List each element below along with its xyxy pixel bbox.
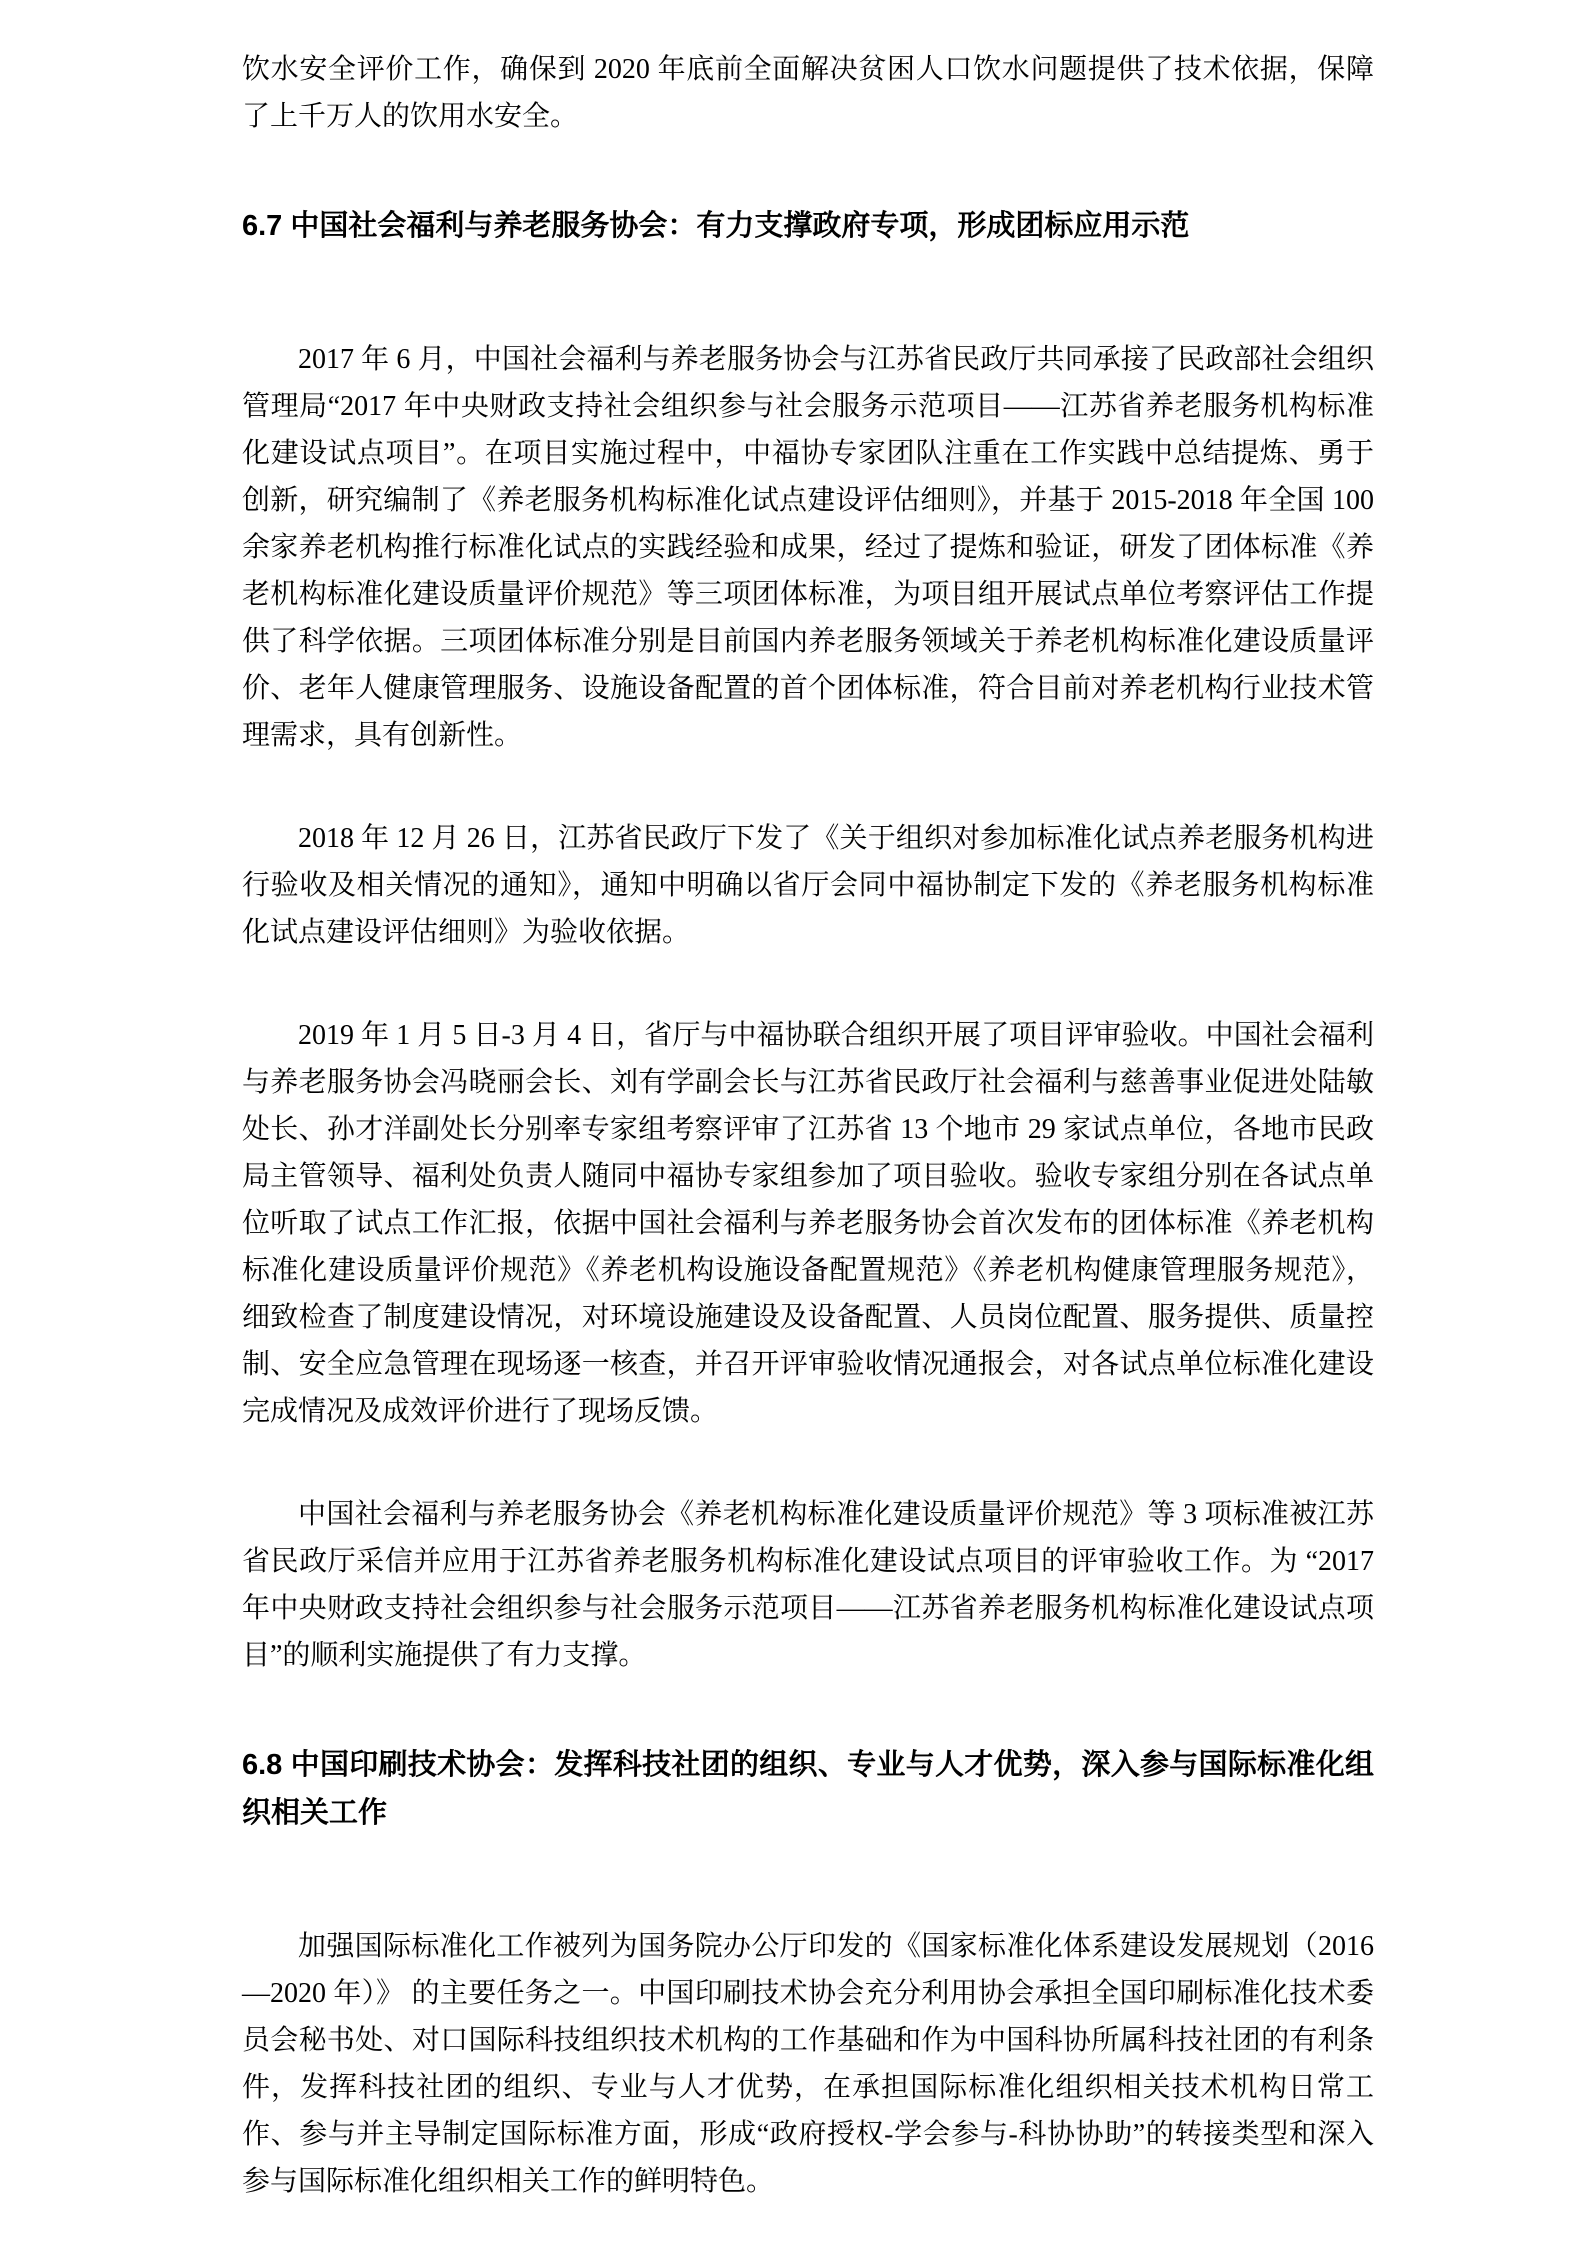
section-6-7-heading: 6.7 中国社会福利与养老服务协会：有力支撑政府专项，形成团标应用示范 (242, 202, 1374, 250)
section-6-7-paragraph-4: 中国社会福利与养老服务协会《养老机构标准化建设质量评价规范》等 3 项标准被江苏… (242, 1491, 1374, 1679)
section-6-8-heading: 6.8 中国印刷技术协会：发挥科技社团的组织、专业与人才优势，深入参与国际标准化… (242, 1741, 1374, 1837)
section-6-7-paragraph-2: 2018 年 12 月 26 日，江苏省民政厅下发了《关于组织对参加标准化试点养… (242, 815, 1374, 956)
section-6-7-paragraph-3: 2019 年 1 月 5 日-3 月 4 日，省厅与中福协联合组织开展了项目评审… (242, 1012, 1374, 1435)
document-page: 饮水安全评价工作，确保到 2020 年底前全面解决贫困人口饮水问题提供了技术依据… (0, 0, 1587, 2245)
section-6-7-paragraph-1: 2017 年 6 月，中国社会福利与养老服务协会与江苏省民政厅共同承接了民政部社… (242, 336, 1374, 759)
intro-paragraph: 饮水安全评价工作，确保到 2020 年底前全面解决贫困人口饮水问题提供了技术依据… (242, 46, 1374, 140)
section-6-8-paragraph-1: 加强国际标准化工作被列为国务院办公厅印发的《国家标准化体系建设发展规划（2016… (242, 1923, 1374, 2205)
